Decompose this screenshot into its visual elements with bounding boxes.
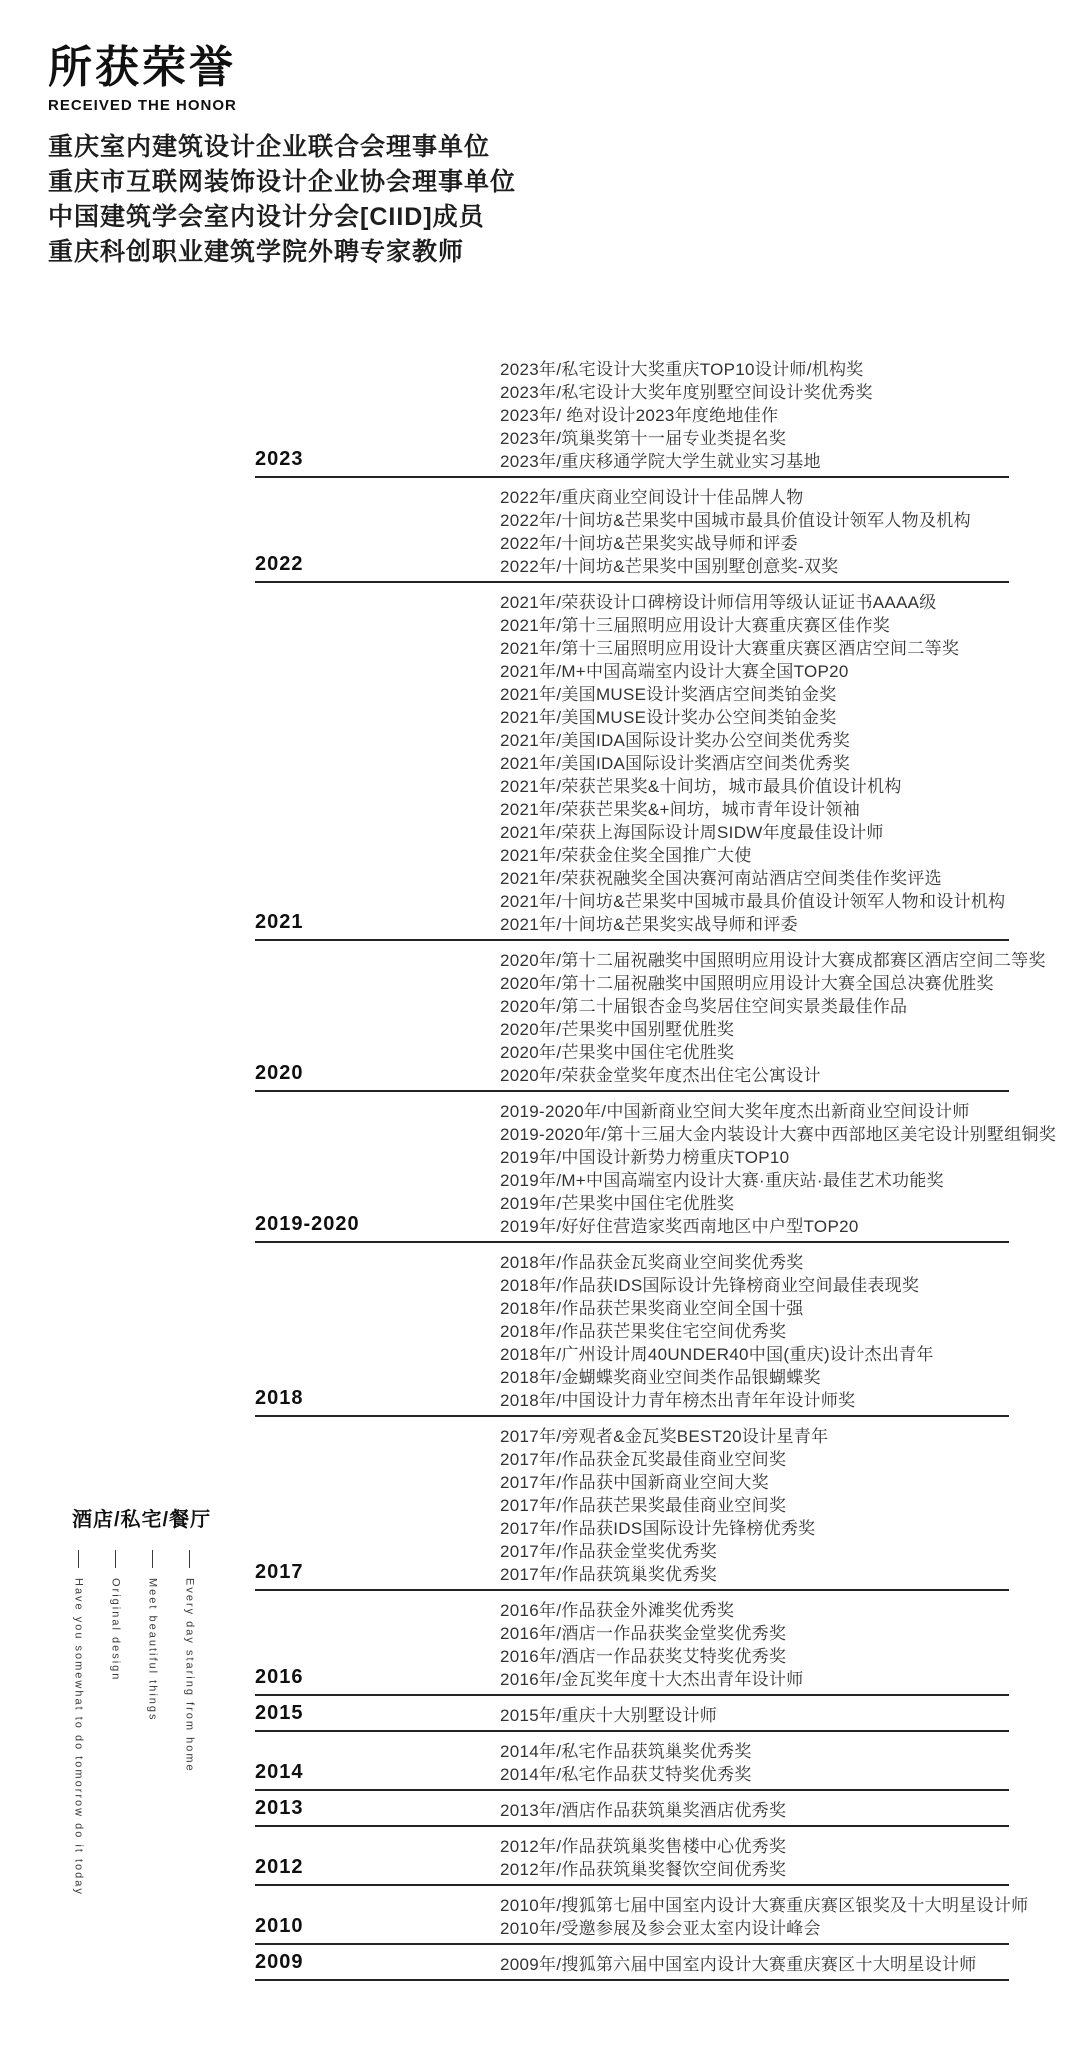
awards-list: 2009年/搜狐第六届中国室内设计大赛重庆赛区十大明星设计师 — [500, 1953, 1009, 1976]
award-item: 2017年/作品获金堂奖优秀奖 — [500, 1540, 1009, 1563]
year-label: 2019-2020 — [255, 1213, 360, 1236]
award-item: 2010年/受邀参展及参会亚太室内设计峰会 — [500, 1917, 1009, 1940]
awards-list: 2023年/私宅设计大奖重庆TOP10设计师/机构奖2023年/私宅设计大奖年度… — [500, 358, 1009, 473]
award-item: 2020年/第十二届祝融奖中国照明应用设计大赛成都赛区酒店空间二等奖 — [500, 949, 1009, 972]
award-item: 2019年/M+中国高端室内设计大赛·重庆站·最佳艺术功能奖 — [500, 1169, 1009, 1192]
award-item: 2022年/十间坊&芒果奖中国城市最具价值设计领军人物及机构 — [500, 509, 1009, 532]
award-item: 2012年/作品获筑巢奖餐饮空间优秀奖 — [500, 1858, 1009, 1881]
award-item: 2016年/金瓦奖年度十大杰出青年设计师 — [500, 1668, 1009, 1691]
award-item: 2020年/芒果奖中国别墅优胜奖 — [500, 1018, 1009, 1041]
year-section-2010: 2010年/搜狐第七届中国室内设计大赛重庆赛区银奖及十大明星设计师2010年/受… — [255, 1886, 1009, 1945]
year-section-2009: 2009年/搜狐第六届中国室内设计大赛重庆赛区十大明星设计师2009 — [255, 1945, 1009, 1981]
category-sidebar: 酒店/私宅/餐厅 Have you somewhat to do tomorro… — [72, 1503, 252, 1896]
credential-line: 重庆市互联网装饰设计企业协会理事单位 — [48, 165, 648, 200]
year-label: 2010 — [255, 1915, 304, 1938]
award-item: 2021年/荣获芒果奖&十间坊，城市最具价值设计机构 — [500, 775, 1009, 798]
year-label: 2009 — [255, 1951, 304, 1974]
dash-marker — [189, 1550, 190, 1568]
award-item: 2021年/美国MUSE设计奖酒店空间类铂金奖 — [500, 683, 1009, 706]
award-item: 2021年/荣获金住奖全国推广大使 — [500, 844, 1009, 867]
award-item: 2019-2020年/第十三届大金内装设计大赛中西部地区美宅设计别墅组铜奖 — [500, 1123, 1009, 1146]
award-item: 2009年/搜狐第六届中国室内设计大赛重庆赛区十大明星设计师 — [500, 1953, 1009, 1976]
award-item: 2021年/荣获上海国际设计周SIDW年度最佳设计师 — [500, 821, 1009, 844]
awards-list: 2020年/第十二届祝融奖中国照明应用设计大赛成都赛区酒店空间二等奖2020年/… — [500, 949, 1009, 1087]
award-item: 2021年/十间坊&芒果奖实战导师和评委 — [500, 913, 1009, 936]
award-item: 2021年/荣获设计口碑榜设计师信用等级认证证书AAAA级 — [500, 591, 1009, 614]
award-item: 2016年/酒店一作品获奖艾特奖优秀奖 — [500, 1645, 1009, 1668]
award-item: 2023年/筑巢奖第十一届专业类提名奖 — [500, 427, 1009, 450]
award-item: 2022年/重庆商业空间设计十佳品牌人物 — [500, 486, 1009, 509]
page-title: 所获荣誉 — [48, 44, 648, 92]
awards-list: 2017年/旁观者&金瓦奖BEST20设计星青年2017年/作品获金瓦奖最佳商业… — [500, 1425, 1009, 1586]
awards-list: 2021年/荣获设计口碑榜设计师信用等级认证证书AAAA级2021年/第十三届照… — [500, 591, 1009, 936]
dash-marker — [78, 1550, 79, 1568]
award-item: 2020年/第十二届祝融奖中国照明应用设计大赛全国总决赛优胜奖 — [500, 972, 1009, 995]
award-item: 2013年/酒店作品获筑巢奖酒店优秀奖 — [500, 1799, 1009, 1822]
award-item: 2021年/荣获芒果奖&+间坊，城市青年设计领袖 — [500, 798, 1009, 821]
award-item: 2017年/作品获IDS国际设计先锋榜优秀奖 — [500, 1517, 1009, 1540]
page-header: 所获荣誉 RECEIVED THE HONOR 重庆室内建筑设计企业联合会理事单… — [48, 44, 648, 270]
year-section-2019-2020: 2019-2020年/中国新商业空间大奖年度杰出新商业空间设计师2019-202… — [255, 1092, 1009, 1243]
awards-list: 2019-2020年/中国新商业空间大奖年度杰出新商业空间设计师2019-202… — [500, 1100, 1009, 1238]
award-item: 2022年/十间坊&芒果奖中国别墅创意奖-双奖 — [500, 555, 1009, 578]
award-item: 2021年/第十三届照明应用设计大赛重庆赛区酒店空间二等奖 — [500, 637, 1009, 660]
year-label: 2016 — [255, 1666, 304, 1689]
award-item: 2017年/作品获筑巢奖优秀奖 — [500, 1563, 1009, 1586]
quote-column: Have you somewhat to do tomorrow do it t… — [72, 1550, 85, 1896]
award-item: 2023年/私宅设计大奖年度别墅空间设计奖优秀奖 — [500, 381, 1009, 404]
award-item: 2019-2020年/中国新商业空间大奖年度杰出新商业空间设计师 — [500, 1100, 1009, 1123]
award-item: 2023年/重庆移通学院大学生就业实习基地 — [500, 450, 1009, 473]
quote-text: Have you somewhat to do tomorrow do it t… — [73, 1578, 85, 1896]
credential-line: 中国建筑学会室内设计分会[CIID]成员 — [48, 200, 648, 235]
award-item: 2018年/作品获芒果奖商业空间全国十强 — [500, 1297, 1009, 1320]
honors-page: 所获荣誉 RECEIVED THE HONOR 重庆室内建筑设计企业联合会理事单… — [0, 0, 1080, 2060]
award-item: 2021年/美国IDA国际设计奖酒店空间类优秀奖 — [500, 752, 1009, 775]
year-section-2013: 2013年/酒店作品获筑巢奖酒店优秀奖2013 — [255, 1791, 1009, 1827]
award-item: 2014年/私宅作品获艾特奖优秀奖 — [500, 1763, 1009, 1786]
awards-list: 2010年/搜狐第七届中国室内设计大赛重庆赛区银奖及十大明星设计师2010年/受… — [500, 1894, 1009, 1940]
award-item: 2014年/私宅作品获筑巢奖优秀奖 — [500, 1740, 1009, 1763]
award-item: 2018年/金蝴蝶奖商业空间类作品银蝴蝶奖 — [500, 1366, 1009, 1389]
award-item: 2019年/芒果奖中国住宅优胜奖 — [500, 1192, 1009, 1215]
award-item: 2023年/私宅设计大奖重庆TOP10设计师/机构奖 — [500, 358, 1009, 381]
awards-list: 2013年/酒店作品获筑巢奖酒店优秀奖 — [500, 1799, 1009, 1822]
year-label: 2023 — [255, 448, 304, 471]
awards-timeline: 2023年/私宅设计大奖重庆TOP10设计师/机构奖2023年/私宅设计大奖年度… — [255, 350, 1009, 1981]
year-section-2018: 2018年/作品获金瓦奖商业空间奖优秀奖2018年/作品获IDS国际设计先锋榜商… — [255, 1243, 1009, 1417]
award-item: 2018年/广州设计周40UNDER40中国(重庆)设计杰出青年 — [500, 1343, 1009, 1366]
year-label: 2013 — [255, 1797, 304, 1820]
award-item: 2018年/作品获金瓦奖商业空间奖优秀奖 — [500, 1251, 1009, 1274]
quote-text: Original design — [110, 1578, 122, 1681]
award-item: 2016年/酒店一作品获奖金堂奖优秀奖 — [500, 1622, 1009, 1645]
award-item: 2017年/作品获金瓦奖最佳商业空间奖 — [500, 1448, 1009, 1471]
year-section-2022: 2022年/重庆商业空间设计十佳品牌人物2022年/十间坊&芒果奖中国城市最具价… — [255, 478, 1009, 583]
year-label: 2021 — [255, 911, 304, 934]
award-item: 2018年/中国设计力青年榜杰出青年年设计师奖 — [500, 1389, 1009, 1412]
year-section-2020: 2020年/第十二届祝融奖中国照明应用设计大赛成都赛区酒店空间二等奖2020年/… — [255, 941, 1009, 1092]
award-item: 2020年/芒果奖中国住宅优胜奖 — [500, 1041, 1009, 1064]
award-item: 2021年/第十三届照明应用设计大赛重庆赛区佳作奖 — [500, 614, 1009, 637]
award-item: 2021年/美国MUSE设计奖办公空间类铂金奖 — [500, 706, 1009, 729]
year-section-2012: 2012年/作品获筑巢奖售楼中心优秀奖2012年/作品获筑巢奖餐饮空间优秀奖20… — [255, 1827, 1009, 1886]
year-label: 2022 — [255, 553, 304, 576]
year-section-2014: 2014年/私宅作品获筑巢奖优秀奖2014年/私宅作品获艾特奖优秀奖2014 — [255, 1732, 1009, 1791]
quote-column: Every day staring from home — [183, 1550, 196, 1773]
award-item: 2015年/重庆十大别墅设计师 — [500, 1704, 1009, 1727]
year-section-2015: 2015年/重庆十大别墅设计师2015 — [255, 1696, 1009, 1732]
awards-list: 2018年/作品获金瓦奖商业空间奖优秀奖2018年/作品获IDS国际设计先锋榜商… — [500, 1251, 1009, 1412]
dash-marker — [152, 1550, 153, 1568]
award-item: 2019年/中国设计新势力榜重庆TOP10 — [500, 1146, 1009, 1169]
award-item: 2012年/作品获筑巢奖售楼中心优秀奖 — [500, 1835, 1009, 1858]
award-item: 2021年/十间坊&芒果奖中国城市最具价值设计领军人物和设计机构 — [500, 890, 1009, 913]
award-item: 2020年/第二十届银杏金鸟奖居住空间实景类最佳作品 — [500, 995, 1009, 1018]
credentials-list: 重庆室内建筑设计企业联合会理事单位 重庆市互联网装饰设计企业协会理事单位 中国建… — [48, 130, 648, 270]
year-label: 2020 — [255, 1062, 304, 1085]
award-item: 2017年/作品获中国新商业空间大奖 — [500, 1471, 1009, 1494]
page-subtitle: RECEIVED THE HONOR — [48, 97, 648, 114]
year-label: 2012 — [255, 1856, 304, 1879]
award-item: 2018年/作品获芒果奖住宅空间优秀奖 — [500, 1320, 1009, 1343]
award-item: 2021年/荣获祝融奖全国决赛河南站酒店空间类佳作奖评选 — [500, 867, 1009, 890]
award-item: 2016年/作品获金外滩奖优秀奖 — [500, 1599, 1009, 1622]
awards-list: 2022年/重庆商业空间设计十佳品牌人物2022年/十间坊&芒果奖中国城市最具价… — [500, 486, 1009, 578]
year-label: 2018 — [255, 1387, 304, 1410]
award-item: 2019年/好好住营造家奖西南地区中户型TOP20 — [500, 1215, 1009, 1238]
quote-column: Original design — [109, 1550, 122, 1681]
award-item: 2020年/荣获金堂奖年度杰出住宅公寓设计 — [500, 1064, 1009, 1087]
dash-marker — [115, 1550, 116, 1568]
award-item: 2017年/旁观者&金瓦奖BEST20设计星青年 — [500, 1425, 1009, 1448]
award-item: 2023年/ 绝对设计2023年度绝地佳作 — [500, 404, 1009, 427]
quote-text: Meet beautiful things — [147, 1578, 159, 1722]
year-label: 2015 — [255, 1702, 304, 1725]
award-item: 2021年/美国IDA国际设计奖办公空间类优秀奖 — [500, 729, 1009, 752]
award-item: 2021年/M+中国高端室内设计大赛全国TOP20 — [500, 660, 1009, 683]
awards-list: 2015年/重庆十大别墅设计师 — [500, 1704, 1009, 1727]
award-item: 2018年/作品获IDS国际设计先锋榜商业空间最佳表现奖 — [500, 1274, 1009, 1297]
award-item: 2017年/作品获芒果奖最佳商业空间奖 — [500, 1494, 1009, 1517]
year-label: 2014 — [255, 1761, 304, 1784]
year-section-2021: 2021年/荣获设计口碑榜设计师信用等级认证证书AAAA级2021年/第十三届照… — [255, 583, 1009, 941]
year-section-2023: 2023年/私宅设计大奖重庆TOP10设计师/机构奖2023年/私宅设计大奖年度… — [255, 350, 1009, 478]
quote-columns: Have you somewhat to do tomorrow do it t… — [72, 1550, 252, 1896]
year-label: 2017 — [255, 1561, 304, 1584]
awards-list: 2014年/私宅作品获筑巢奖优秀奖2014年/私宅作品获艾特奖优秀奖 — [500, 1740, 1009, 1786]
awards-list: 2016年/作品获金外滩奖优秀奖2016年/酒店一作品获奖金堂奖优秀奖2016年… — [500, 1599, 1009, 1691]
year-section-2016: 2016年/作品获金外滩奖优秀奖2016年/酒店一作品获奖金堂奖优秀奖2016年… — [255, 1591, 1009, 1696]
award-item: 2022年/十间坊&芒果奖实战导师和评委 — [500, 532, 1009, 555]
award-item: 2010年/搜狐第七届中国室内设计大赛重庆赛区银奖及十大明星设计师 — [500, 1894, 1009, 1917]
quote-text: Every day staring from home — [184, 1578, 196, 1773]
quote-column: Meet beautiful things — [146, 1550, 159, 1722]
awards-list: 2012年/作品获筑巢奖售楼中心优秀奖2012年/作品获筑巢奖餐饮空间优秀奖 — [500, 1835, 1009, 1881]
year-section-2017: 2017年/旁观者&金瓦奖BEST20设计星青年2017年/作品获金瓦奖最佳商业… — [255, 1417, 1009, 1591]
credential-line: 重庆科创职业建筑学院外聘专家教师 — [48, 235, 648, 270]
category-heading: 酒店/私宅/餐厅 — [72, 1503, 252, 1532]
credential-line: 重庆室内建筑设计企业联合会理事单位 — [48, 130, 648, 165]
